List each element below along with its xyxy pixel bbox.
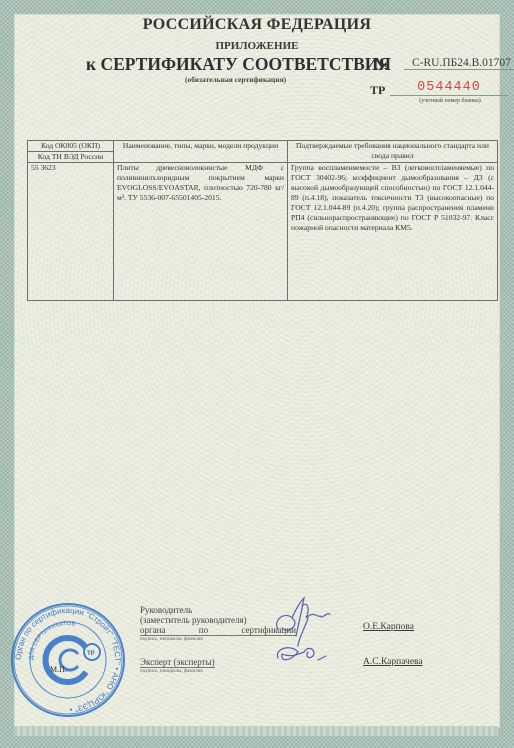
bottom-security-strip [14,726,498,736]
certificate-number: C-RU.ПБ24.В.01707 [404,57,514,70]
country-title: РОССИЙСКАЯ ФЕДЕРАЦИЯ [0,16,514,34]
certification-stamp-icon: Орган по сертификации "Стройт" "ТЕСТ" • … [8,600,128,720]
table-row: 55 3623 Плиты древесноволокнистые МДФ с … [28,163,498,301]
cell-requirements: Группа воспламеняемости – В3 (легковоспл… [288,163,498,301]
certification-type: (обязательная сертификация) [185,75,286,84]
header-product: Наименование, типы, марки, модели продук… [114,141,288,163]
header-code-okp: Код ОК005 (ОКП) [28,141,114,152]
header-code-tnved: Код ТН ВЭД России [28,152,114,163]
handwritten-signature-icon [268,596,348,676]
tr-label: ТР [370,83,385,98]
blank-number-note: (учетный номер бланка) [400,98,500,104]
cell-code: 55 3623 [28,163,114,301]
blank-number: 0544440 [390,80,508,96]
stamp-mp-label: М.П. [50,665,67,674]
head-name: О.Е.Карпова [363,622,414,632]
cell-product: Плиты древесноволокнистые МДФ с поливини… [114,163,288,301]
table-header-row: Код ОК005 (ОКП) Наименование, типы, марк… [28,141,498,152]
stamp-logo: ТР [87,651,95,657]
certificate-title: к СЕРТИФИКАТУ СООТВЕТСТВИЯ [86,54,391,75]
header-requirements: Подтверждаемые требования национального … [288,141,498,163]
number-sign: № [374,56,390,74]
expert-name: А.С.Карпачева [363,657,423,667]
certificate-table: Код ОК005 (ОКП) Наименование, типы, марк… [27,140,498,301]
expert-role: Эксперт (эксперты) [140,657,215,668]
appendix-title: ПРИЛОЖЕНИЕ [0,40,514,52]
